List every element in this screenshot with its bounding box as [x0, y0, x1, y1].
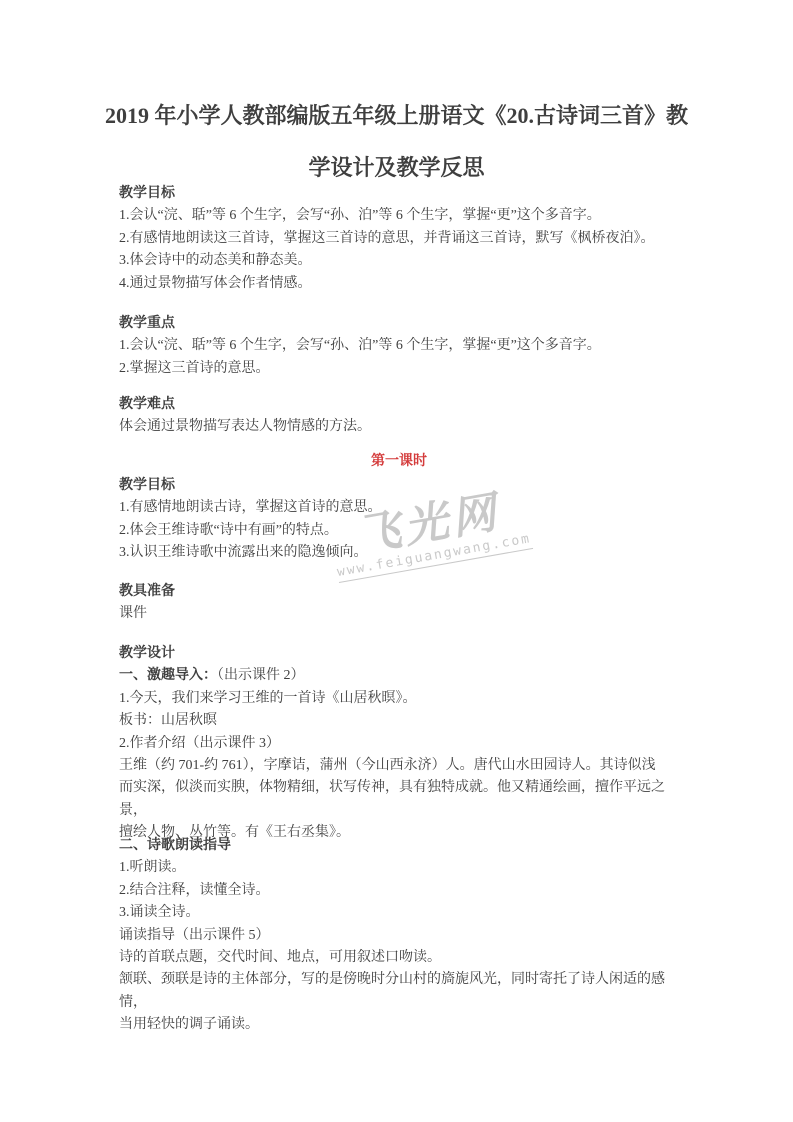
author-intro-line: 王维（约 701-约 761），字摩诘，蒲州（今山西永济）人。唐代山水田园诗人。… [119, 755, 679, 777]
reading-guidance-line: 2.结合注释，读懂全诗。 [119, 880, 679, 902]
section-teaching-aids: 教具准备 课件 [119, 581, 679, 626]
reading-guidance-line: 3.诵读全诗。 [119, 902, 679, 924]
section-difficulties: 教学难点 体会通过景物描写表达人物情感的方法。 [119, 394, 679, 439]
key-points-line: 2.掌握这三首诗的意思。 [119, 358, 679, 380]
section-teaching-design: 教学设计 一、激趣导入：（出示课件 2） 1.今天，我们来学习王维的一首诗《山居… [119, 643, 679, 845]
reading-guidance-line: 当用轻快的调子诵读。 [119, 1014, 679, 1036]
lesson-one-title: 第一课时 [119, 451, 679, 473]
teaching-design-line: 板书：山居秋暝 [119, 710, 679, 732]
key-points-heading: 教学重点 [119, 313, 679, 335]
teaching-design-intro: 一、激趣导入：（出示课件 2） [119, 665, 679, 687]
section-reading-guidance: 二、诗歌朗读指导 1.听朗读。 2.结合注释，读懂全诗。 3.诵读全诗。 诵读指… [119, 835, 679, 1037]
section-lesson-one-goals: 教学目标 1.有感情地朗读古诗，掌握这首诗的意思。 2.体会王维诗歌“诗中有画”… [119, 475, 679, 565]
teaching-design-line: 2.作者介绍（出示课件 3） [119, 733, 679, 755]
lesson-one-goals-heading: 教学目标 [119, 475, 679, 497]
key-points-line: 1.会认“浣、聒”等 6 个生字，会写“孙、泊”等 6 个生字，掌握“更”这个多… [119, 335, 679, 357]
teaching-goals-heading: 教学目标 [119, 183, 679, 205]
author-intro-line: 而实深，似淡而实腴，体物精细，状写传神，具有独特成就。他又精通绘画，擅作平远之景… [119, 777, 679, 822]
section-teaching-goals: 教学目标 1.会认“浣、聒”等 6 个生字，会写“孙、泊”等 6 个生字，掌握“… [119, 183, 679, 295]
document-title: 2019 年小学人教部编版五年级上册语文《20.古诗词三首》教 学设计及教学反思 [0, 90, 793, 194]
teaching-goals-line: 3.体会诗中的动态美和静态美。 [119, 250, 679, 272]
difficulties-heading: 教学难点 [119, 394, 679, 416]
section-key-points: 教学重点 1.会认“浣、聒”等 6 个生字，会写“孙、泊”等 6 个生字，掌握“… [119, 313, 679, 380]
reading-guidance-line: 颔联、颈联是诗的主体部分，写的是傍晚时分山村的旖旎风光，同时寄托了诗人闲适的感情… [119, 969, 679, 1014]
teaching-goals-line: 2.有感情地朗读这三首诗，掌握这三首诗的意思，并背诵这三首诗，默写《枫桥夜泊》。 [119, 228, 679, 250]
teaching-aids-line: 课件 [119, 603, 679, 625]
teaching-goals-line: 1.会认“浣、聒”等 6 个生字，会写“孙、泊”等 6 个生字，掌握“更”这个多… [119, 205, 679, 227]
teaching-goals-line: 4.通过景物描写体会作者情感。 [119, 273, 679, 295]
teaching-aids-heading: 教具准备 [119, 581, 679, 603]
teaching-design-intro-note: （出示课件 2） [217, 668, 305, 683]
reading-guidance-line: 诗的首联点题，交代时间、地点，可用叙述口吻读。 [119, 947, 679, 969]
lesson-one-goals-line: 2.体会王维诗歌“诗中有画”的特点。 [119, 520, 679, 542]
document-title-line-1: 2019 年小学人教部编版五年级上册语文《20.古诗词三首》教 [0, 90, 793, 142]
teaching-design-intro-label: 一、激趣导入： [119, 668, 217, 683]
document-page: 飞光网 www.feiguangwang.com 2019 年小学人教部编版五年… [0, 0, 793, 1122]
reading-guidance-line: 诵读指导（出示课件 5） [119, 925, 679, 947]
teaching-design-heading: 教学设计 [119, 643, 679, 665]
difficulties-line: 体会通过景物描写表达人物情感的方法。 [119, 416, 679, 438]
lesson-one-title-text: 第一课时 [119, 451, 679, 473]
lesson-one-goals-line: 3.认识王维诗歌中流露出来的隐逸倾向。 [119, 542, 679, 564]
reading-guidance-line: 1.听朗读。 [119, 857, 679, 879]
teaching-design-line: 1.今天，我们来学习王维的一首诗《山居秋暝》。 [119, 688, 679, 710]
lesson-one-goals-line: 1.有感情地朗读古诗，掌握这首诗的意思。 [119, 497, 679, 519]
reading-guidance-heading: 二、诗歌朗读指导 [119, 835, 679, 857]
